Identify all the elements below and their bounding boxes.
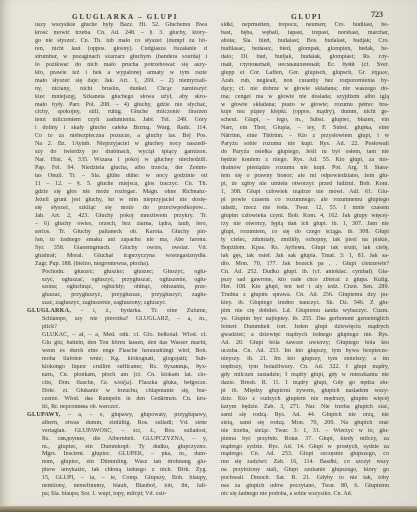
page-number: 723 (371, 10, 383, 19)
text-line: szy do twierdzy po drabinach, wyciął śpi… (35, 149, 207, 157)
text-line: w głowie składana; pusto w głowie; rozum… (221, 102, 389, 110)
text-line: Rs. свкдоуниe, die Albernheit. GLUPCZYZN… (35, 436, 207, 444)
text-line: tas Onuli. Tr. – Sla. glühe dühe: w nocy… (35, 173, 207, 181)
text-line: albern, etwas dumm, einfältig. Ros. sull… (35, 420, 207, 428)
text-line: ny, niciany, nicht bruslin, dunkel. Chcą… (35, 86, 207, 94)
text-line: cito, Don. flasche, Gr. κλύζω]. Flaszka … (35, 380, 207, 388)
text-line: nie trzeba, sieiąc. Twar. 3: 1, 31. – Wi… (221, 428, 389, 436)
text-line: nieyszy. ib. 21. Im kto głupszy, tym śmi… (221, 356, 389, 364)
text-line: mało słyszeć się daje. Jak. Art. 1, 269.… (35, 78, 207, 86)
text-line: scheut. Glupi, – iego, m., Subst. głupie… (221, 117, 389, 125)
text-line: Her. 108. Kto głupi, ten ted i aly iedź.… (221, 284, 389, 292)
text-line: Pap. Fel. 94. Niedziela głucha, albo trz… (35, 165, 207, 173)
text-line: Mgrs. Inscient. głupiec. GLUPEK, – pka, … (35, 451, 207, 459)
text-line: Zagr. Pup. 188. (bielno, niegrontewna, p… (35, 261, 207, 269)
text-line: GLUKAC, – ał, – a, Med. odk. cf. Glo. be… (35, 332, 207, 340)
text-line: kło, prawie też i hek a wypalonej armaty… (35, 70, 207, 78)
text-line: sami się rodzą. Rys. Ad. 44. Głupich nie… (221, 412, 389, 420)
text-line: pim nie cię dobiłeś. Ld. Głupiemu tanda … (221, 308, 389, 316)
text-line: szyć, ogłuszać, ogłuszyć, przygłuszać, o… (35, 277, 207, 285)
text-line: kuje mu piątey klepki. (oppos. mądry), d… (221, 109, 389, 117)
text-line: rzy nie otworzy, Iępią dań ich głupi. ib… (221, 221, 389, 229)
text-line: ły cielec, zdumiały, zmilkły, ochopny, i… (221, 237, 389, 245)
text-line: ye. Głupim być najlepiey. ib. 255. Das g… (221, 316, 389, 324)
text-line: ma; cengel ma w głowie nie doslada; szyj… (221, 94, 389, 102)
text-line: kiec mniejszęj, Szkaneta głuchego słowa … (35, 94, 207, 102)
right-text-column: sldki, neprmetten, trepocu, neumen; Cro.… (221, 22, 389, 499)
text-line: nom, głupiec, ein Dümmling. Wasz tan dro… (35, 459, 207, 467)
text-line: go nie słyszeć. Cn. Th. lub mało co słys… (35, 38, 207, 46)
text-line: gwadzieć; a dziewięć mądrych iednego głu… (221, 332, 389, 340)
text-line: m., głupiec, ein Dummkopf. Ty dudku, głu… (35, 444, 207, 452)
text-line: – 6) głuchy owies, orzech, bez ziarna, i… (35, 221, 207, 229)
text-line: Syr. 358. Gianemgrnach. Głuchy owies, ow… (35, 245, 207, 253)
text-line: pszy sad gawrone, kto rade chce zbierać … (221, 277, 389, 285)
text-line: kiey. ib. Głupiego trudno nauczyć. Sk. D… (221, 300, 389, 308)
text-line: nemtiony, nemefinumy, blaub, Blaubof, to… (35, 483, 207, 491)
text-line: głupi, rozumiem, co się do czego ściąga.… (221, 229, 389, 237)
text-line: pi powie czasem co rozumnego; ale rozumn… (221, 197, 389, 205)
text-line: wenn es durch eine enge Flasche herausdr… (35, 348, 207, 356)
entry-headword-line: GLUPAWY, – a, – e, głupawy, głupowaty, p… (27, 412, 207, 420)
margin-speck (357, 162, 359, 164)
book-edge (0, 506, 417, 512)
text-line: Co to za niebezpieczna pozucze, a głuchy… (35, 133, 207, 141)
text-line: 1, 308. Głupi człowiek mądrze nie mówi. … (221, 189, 389, 197)
text-line: gdy milczeń zasiadzie; I mądry głupi, gd… (221, 372, 389, 380)
text-line: dło. Mon. 70, 177. Jak bozeck pa . . Głu… (221, 261, 389, 269)
headword: GLUPAWY, (27, 412, 61, 418)
text-line: łem się o prawny honor; ale mi odpowiedz… (221, 173, 389, 181)
text-line: Bopżdom. Kpas. Rs. Ayfleмu. Głupi iak śr… (221, 245, 389, 253)
text-line: piemu być przybdo. Rotar. 37. Głupi, kie… (221, 436, 389, 444)
text-line: budilasac, bedasez, bied, glompak, glomp… (221, 46, 389, 54)
text-line: udadź, rzecz nie łoda. Twar. 12, 55. I m… (221, 205, 389, 213)
text-line: ren, nicht laut (oppos. głośny). Cudgias… (35, 46, 207, 54)
text-line: pi ib. Między głupiemi żywem, głupich na… (221, 388, 389, 396)
text-line: głuszać, przygłuszyć, przygłuszać, przyg… (35, 292, 207, 300)
text-line: dalo; Dl. bud, budjak, budalak, glompias… (221, 54, 389, 62)
text-line: głushrał; Moral. Głuchał trąprzyczyna wo… (35, 253, 207, 261)
text-line: uszy wszystkie głuche były. Bazz. Hi. 52… (35, 22, 207, 30)
text-line: czenie. Włod. das Rumpeln in den Gedärme… (35, 396, 207, 404)
text-line: na przyłożony stali, Głupi szukanie głup… (221, 467, 389, 475)
text-line: Pochodn. głuszeć; głuszko; głuszec; Głus… (35, 269, 207, 277)
text-line: się słyszeć, szkliąć się może do przeciw… (35, 205, 207, 213)
text-line: Dołe. zi. Głukanie w brzuchu, chlapotani… (35, 388, 207, 396)
text-line: dazie. Bresh. R. 11. I mądry głupi, Gdy … (221, 380, 389, 388)
text-line: Jab. Art. 2, 423. Głuchy pokoj mnożtwem … (35, 213, 207, 221)
text-line: Arab. rub, negleait, non curantly bez ro… (221, 78, 389, 86)
text-line: пый, глуповатый, несмышленный; Ec. буйй … (221, 62, 389, 70)
text-line: serlos. Tr. Głuchy paltaneck ob. Karota.… (35, 229, 207, 237)
text-line: iak gęś, iak osieł. Jak sak głupia. Tmat… (221, 253, 389, 261)
text-line: Schlampe, szy nie pierożka? GLUGLARZ, – … (35, 316, 207, 324)
text-line: Narr, ein Thor, Glupia, – iey, F. Subst.… (221, 125, 389, 133)
text-line: mądrego sydzie. Rys. Ad. 14. Głupi w pro… (221, 444, 389, 452)
text-line: temi milczeniem czyli zadumieniu. Jabł. … (35, 117, 207, 125)
text-line: mu się zadziwi: Zab. 16, 114. Basdki, co… (221, 459, 389, 467)
dictionary-page: GLUGLARKA – GLUPI GLUPI 723 uszy wszystk… (0, 0, 417, 506)
text-line: vertaglan. GLUPAWOSC, – ści, ż., Ros. su… (35, 428, 207, 436)
text-line: phow umykaiże, tak chłoną ieduego z nich… (35, 467, 207, 475)
text-line: i doliny i skały głucho całeka Brzmą. Wa… (35, 125, 207, 133)
text-line: mądrego. Cn. Ad. 253. Głupi szczęśnie gł… (221, 451, 389, 459)
text-line: dzie. Kto z cudzych głupiem nie mędrszy,… (221, 396, 389, 404)
text-line: uczsha. Cn. Ad. 253. Im kto głupszy, tym… (221, 348, 389, 356)
text-line: sieią, sami się rodzą. Mon. 70, 200. Na … (221, 420, 389, 428)
text-line: klokongo liquor crullire sufficame; Rs. … (35, 364, 207, 372)
text-line: nic się żadnego nie podoba, a sobie wszy… (221, 491, 389, 499)
text-line: Cn. Ad. 252. Dudku głupi. ib. (cf. antok… (221, 269, 389, 277)
text-line: pa; Sla. blaupa; Sor. 1. wupi, topy, mił… (35, 491, 207, 499)
text-line: lo pozikwać do nich mało prucha potrzebo… (35, 62, 207, 70)
text-line: 15, GLUPI, – ia, – ie, Comp. Głupszy, Bo… (35, 475, 207, 483)
text-line: кать, Cn. plonkam, płoch am [cf. Cn. klo… (35, 372, 207, 380)
text-line: Trudna z głupim sprawa. Cn. Ad. 256. Głu… (221, 292, 389, 300)
running-head-right: GLUPI (291, 12, 322, 21)
text-line: Ad. 20. Głupi bóla zawsze uwierzy; Głupi… (221, 340, 389, 348)
text-line: feinert Dummheit fort. Jeden głupi dziew… (221, 324, 389, 332)
text-line: mało były. Parr. Pol. 208. – 4) głuchy, … (35, 102, 207, 110)
text-line: dący; cf. nie dobrze w głowie składana; … (221, 86, 389, 94)
text-line: nas za głupich udów poczytano, Twar. 80,… (221, 483, 389, 491)
text-line: szona; ogłuchnąć, ogłuchły; ohłnąć, ohłs… (35, 284, 207, 292)
text-line: cichy, spokojny, still, ruhig. Głuche mi… (35, 109, 207, 117)
text-line: do Paryża osiełka głupiego, Jeśli tu był… (221, 149, 389, 157)
left-text-column: uszy wszystkie głuche były. Bazz. Hi. 52… (35, 22, 207, 499)
text-line: lić, Rr. нерcomикь ob. warczeć. (35, 404, 207, 412)
text-line: strumbur, w pozaginach szarzarz głuchym … (35, 54, 207, 62)
text-line: bast, bęba, wębali, tapast, trepast, nor… (221, 30, 389, 38)
text-line: abota; Sla. bied, budalast; Bos. budalas… (221, 38, 389, 46)
text-line: Jeżeli grunt jest głuchy, kn w nim niepr… (35, 197, 207, 205)
text-line: pochwali. Dmoch. Sat. B. 21. Gdyby to ni… (221, 475, 389, 483)
text-line: Glu glu; batteln, den Ton hören lassen, … (35, 340, 207, 348)
text-line: Närrinn, eine Thörinn. – Kto z przysłowi… (221, 133, 389, 141)
running-head-left: GLUGLARKA – GLUPI (72, 12, 178, 21)
text-line: pi, że zgłoy nie umieła otworzyć przed l… (221, 181, 389, 189)
text-line: szać, zagłuszyć, zagłuszenie, zagłuszony… (35, 300, 207, 308)
text-line: sldki, neprmetten, trepocu, neumen; Cro.… (221, 22, 389, 30)
text-line: fan, to żadnego smaku ani zapachu nie ma… (35, 237, 207, 245)
text-line: mędrszy, tym boiaźliwszy. Cn. Ad. 322. I… (221, 364, 389, 372)
text-line: gdzie się głos nie może rozlegać. Magn. … (35, 189, 207, 197)
text-line: moha tlafoten wnie; Kg. klokognati, glog… (35, 356, 207, 364)
text-line: krość mówić trzeba. Cn. Ad. 248. – §. 3.… (35, 30, 207, 38)
text-line: Na 2. Bz. 1Aymb. Nieprzyjaciel w głuchey… (35, 141, 207, 149)
text-line: dralnów pieniądze rozumu nie kupi. Pot. … (221, 165, 389, 173)
headword: GLUGLARKA, (27, 308, 71, 314)
entry-headword-line: GLUGLARKA, – i, ż., bydarka. Tr. eine Zu… (27, 308, 207, 316)
text-line: glepp et Cor. Laffen, Ger. glupisch, glu… (221, 70, 389, 78)
text-line: plick? (35, 324, 207, 332)
text-line: 11 – 12. – §. 5. głuche miejsca, glos tr… (35, 181, 207, 189)
text-line: będzie koniem z niego. Rys. Ad. 55. Kto … (221, 157, 389, 165)
text-line: Paryżu sobie rozumu nie kupi. Rys. Ad. 2… (221, 141, 389, 149)
text-line: głupim człowieka czyni. Bob. Kom. 4, 162… (221, 213, 389, 221)
text-line: karym będzie. Zab. 3, 271. Nar. Nie trze… (221, 404, 389, 412)
text-line: Nar. Hist. 4, 335. Wszasa i pokój w głuc… (35, 157, 207, 165)
